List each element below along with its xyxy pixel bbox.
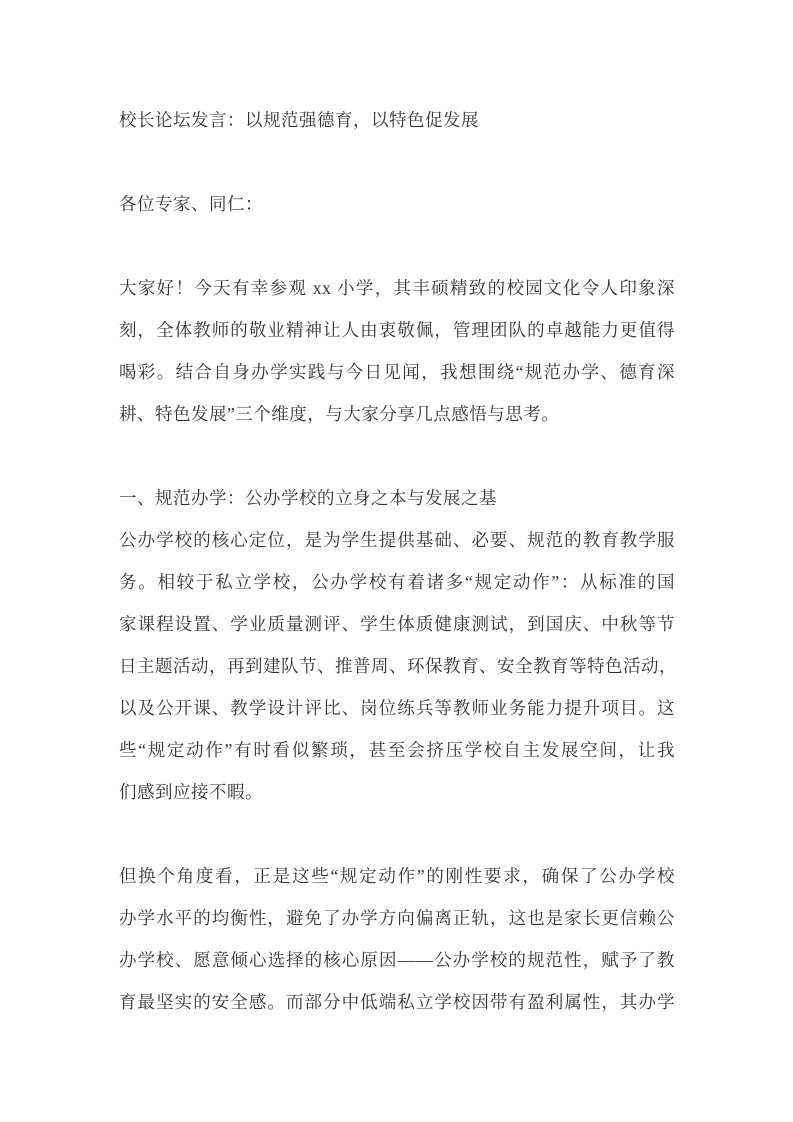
section1-paragraph-2: 但换个角度看，正是这些“规定动作”的刚性要求，确保了公办学校 办学水平的均衡性，…: [119, 855, 675, 1023]
text-line: 们感到应接不暇。: [119, 771, 675, 813]
text-line: 日主题活动，再到建队节、推普周、环保教育、安全教育等特色活动，: [119, 645, 675, 687]
blank-line: [119, 435, 675, 477]
text-line: 但换个角度看，正是这些“规定动作”的刚性要求，确保了公办学校: [119, 855, 675, 897]
text-line: 家课程设置、学业质量测评、学生体质健康测试，到国庆、中秋等节: [119, 603, 675, 645]
intro-paragraph: 大家好！今天有幸参观 xx 小学，其丰硕精致的校园文化令人印象深 刻，全体教师的…: [119, 267, 675, 435]
text-line: 办学水平的均衡性，避免了办学方向偏离正轨，这也是家长更信赖公: [119, 897, 675, 939]
text-line: 公办学校的核心定位，是为学生提供基础、必要、规范的教育教学服: [119, 519, 675, 561]
section1-heading: 一、规范办学：公办学校的立身之本与发展之基: [119, 477, 675, 519]
text-line: 办学校、愿意倾心选择的核心原因——公办学校的规范性，赋予了教: [119, 939, 675, 981]
text-line: 喝彩。结合自身办学实践与今日见闻，我想围绕“规范办学、德育深: [119, 351, 675, 393]
blank-line: [119, 813, 675, 855]
document-page: 校长论坛发言：以规范强德育，以特色促发展 各位专家、同仁： 大家好！今天有幸参观…: [0, 0, 793, 1122]
greeting-line: 各位专家、同仁：: [119, 183, 675, 225]
text-line: 些“规定动作”有时看似繁琐，甚至会挤压学校自主发展空间，让我: [119, 729, 675, 771]
blank-line: [119, 225, 675, 267]
document-title: 校长论坛发言：以规范强德育，以特色促发展: [119, 99, 675, 141]
text-line: 务。相较于私立学校，公办学校有着诸多“规定动作”：从标准的国: [119, 561, 675, 603]
blank-line: [119, 141, 675, 183]
text-line: 刻，全体教师的敬业精神让人由衷敬佩，管理团队的卓越能力更值得: [119, 309, 675, 351]
section1-paragraph-1: 公办学校的核心定位，是为学生提供基础、必要、规范的教育教学服 务。相较于私立学校…: [119, 519, 675, 813]
text-line: 大家好！今天有幸参观 xx 小学，其丰硕精致的校园文化令人印象深: [119, 267, 675, 309]
text-line: 育最坚实的安全感。而部分中低端私立学校因带有盈利属性，其办学: [119, 981, 675, 1023]
text-line: 耕、特色发展”三个维度，与大家分享几点感悟与思考。: [119, 393, 675, 435]
text-line: 以及公开课、教学设计评比、岗位练兵等教师业务能力提升项目。这: [119, 687, 675, 729]
